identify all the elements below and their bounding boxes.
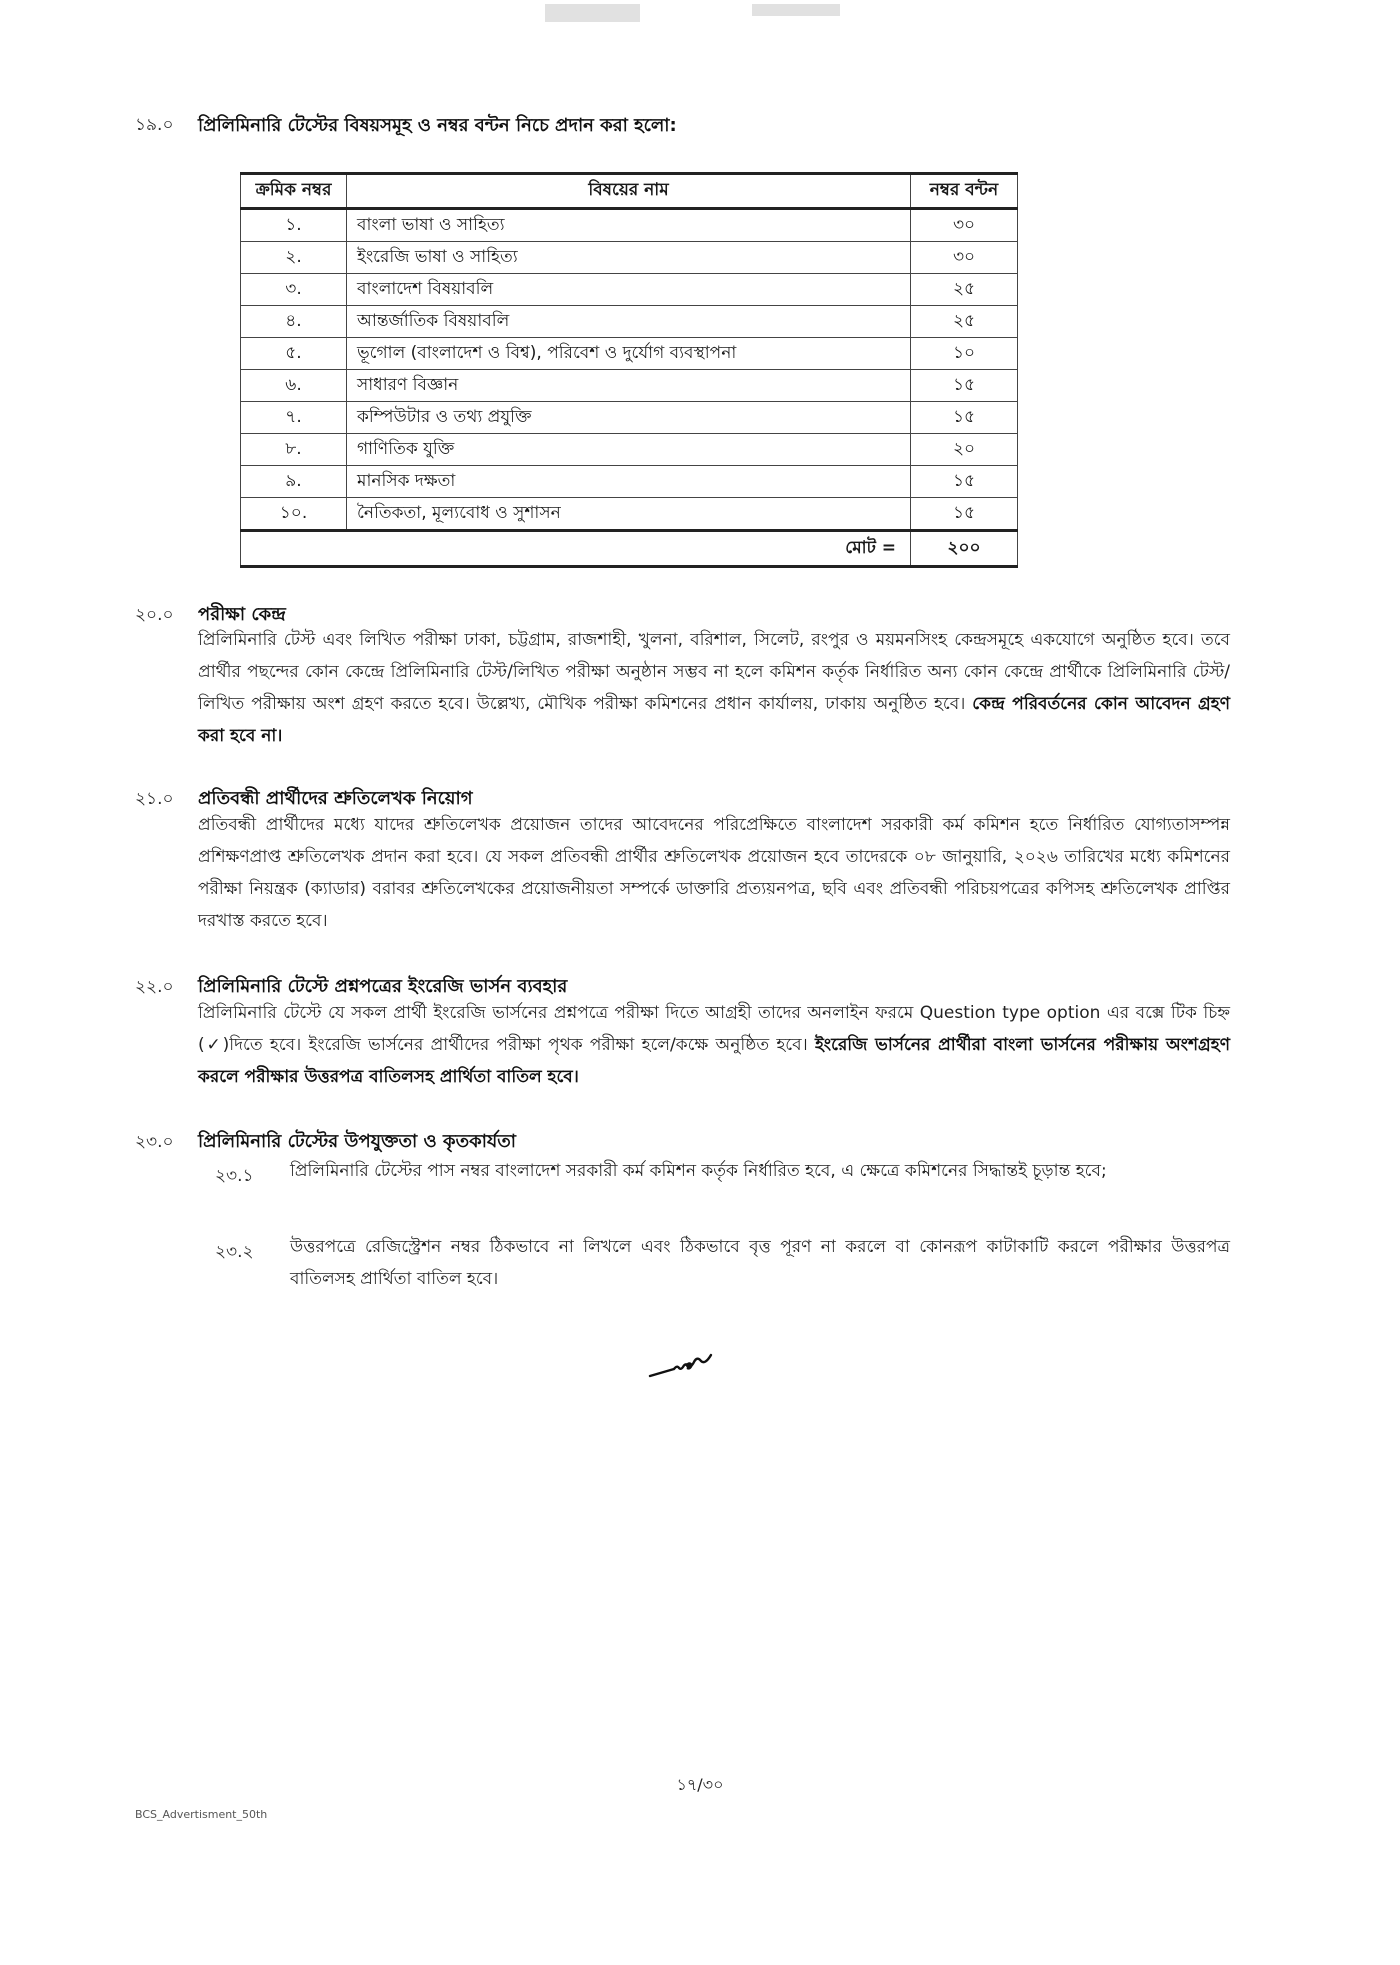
section-20-body: প্রিলিমিনারি টেস্ট এবং লিখিত পরীক্ষা ঢাক… xyxy=(198,624,1230,752)
table-row: ২.ইংরেজি ভাষা ও সাহিত্য৩০ xyxy=(241,242,1018,274)
subject-cell: নৈতিকতা, মূল্যবোধ ও সুশাসন xyxy=(347,498,911,531)
table-row: ৪.আন্তর্জাতিক বিষয়াবলি২৫ xyxy=(241,306,1018,338)
marks-cell: ২৫ xyxy=(911,274,1018,306)
subitem-23-1-text: প্রিলিমিনারি টেস্টের পাস নম্বর বাংলাদেশ … xyxy=(290,1155,1230,1187)
serial-cell: ১. xyxy=(241,209,347,242)
header-serial: ক্রমিক নম্বর xyxy=(241,174,347,209)
total-label: মোট = xyxy=(241,531,911,567)
serial-cell: ৬. xyxy=(241,370,347,402)
serial-cell: ৪. xyxy=(241,306,347,338)
section-23-title: প্রিলিমিনারি টেস্টের উপযুক্ততা ও কৃতকার্… xyxy=(198,1127,516,1158)
marks-cell: ১৫ xyxy=(911,402,1018,434)
marks-cell: ১৫ xyxy=(911,370,1018,402)
section-22-body: প্রিলিমিনারি টেস্টে যে সকল প্রার্থী ইংরে… xyxy=(198,997,1230,1093)
subject-cell: আন্তর্জাতিক বিষয়াবলি xyxy=(347,306,911,338)
serial-cell: ৯. xyxy=(241,466,347,498)
subject-cell: ভূগোল (বাংলাদেশ ও বিশ্ব), পরিবেশ ও দুর্য… xyxy=(347,338,911,370)
subitem-23-2-text: উত্তরপত্রে রেজিস্ট্রেশন নম্বর ঠিকভাবে না… xyxy=(290,1231,1230,1295)
table-row: ৬.সাধারণ বিজ্ঞান১৫ xyxy=(241,370,1018,402)
section-23-number: ২৩.০ xyxy=(135,1129,174,1157)
subject-cell: বাংলা ভাষা ও সাহিত্য xyxy=(347,209,911,242)
section-19-title: প্রিলিমিনারি টেস্টের বিষয়সমূহ ও নম্বর ব… xyxy=(198,111,677,142)
subitem-23-2-number: ২৩.২ xyxy=(215,1239,254,1267)
section-21-body: প্রতিবন্ধী প্রার্থীদের মধ্যে যাদের শ্রুত… xyxy=(198,809,1230,937)
serial-cell: ২. xyxy=(241,242,347,274)
table-row: ৫.ভূগোল (বাংলাদেশ ও বিশ্ব), পরিবেশ ও দুর… xyxy=(241,338,1018,370)
serial-cell: ৩. xyxy=(241,274,347,306)
section-20-number: ২০.০ xyxy=(135,602,174,630)
table-row: ৭.কম্পিউটার ও তথ্য প্রযুক্তি১৫ xyxy=(241,402,1018,434)
serial-cell: ৫. xyxy=(241,338,347,370)
table-total-row: মোট = ২০০ xyxy=(241,531,1018,567)
page-number: ১৭/৩০ xyxy=(0,1772,1400,1799)
footer-reference: BCS_Advertisment_50th xyxy=(135,1808,267,1821)
header-marks: নম্বর বন্টন xyxy=(911,174,1018,209)
serial-cell: ৭. xyxy=(241,402,347,434)
subject-cell: সাধারণ বিজ্ঞান xyxy=(347,370,911,402)
section-22-number: ২২.০ xyxy=(135,974,174,1002)
subject-cell: ইংরেজি ভাষা ও সাহিত্য xyxy=(347,242,911,274)
marks-cell: ৩০ xyxy=(911,209,1018,242)
subject-cell: কম্পিউটার ও তথ্য প্রযুক্তি xyxy=(347,402,911,434)
subject-cell: বাংলাদেশ বিষয়াবলি xyxy=(347,274,911,306)
section-21-number: ২১.০ xyxy=(135,786,174,814)
signature-icon xyxy=(648,1352,728,1382)
marks-distribution-table: ক্রমিক নম্বর বিষয়ের নাম নম্বর বন্টন ১.ব… xyxy=(240,172,1018,568)
table-header-row: ক্রমিক নম্বর বিষয়ের নাম নম্বর বন্টন xyxy=(241,174,1018,209)
subitem-23-1-number: ২৩.১ xyxy=(215,1163,254,1191)
serial-cell: ৮. xyxy=(241,434,347,466)
marks-cell: ১৫ xyxy=(911,498,1018,531)
serial-cell: ১০. xyxy=(241,498,347,531)
table-row: ১০.নৈতিকতা, মূল্যবোধ ও সুশাসন১৫ xyxy=(241,498,1018,531)
marks-cell: ৩০ xyxy=(911,242,1018,274)
header-subject: বিষয়ের নাম xyxy=(347,174,911,209)
table-row: ৮.গাণিতিক যুক্তি২০ xyxy=(241,434,1018,466)
scan-artifact xyxy=(752,4,840,16)
subject-cell: মানসিক দক্ষতা xyxy=(347,466,911,498)
marks-cell: ২০ xyxy=(911,434,1018,466)
total-value: ২০০ xyxy=(911,531,1018,567)
table-row: ১.বাংলা ভাষা ও সাহিত্য৩০ xyxy=(241,209,1018,242)
section-19-number: ১৯.০ xyxy=(135,112,174,140)
scan-artifact xyxy=(545,4,640,22)
table-row: ৯.মানসিক দক্ষতা১৫ xyxy=(241,466,1018,498)
table-row: ৩.বাংলাদেশ বিষয়াবলি২৫ xyxy=(241,274,1018,306)
subject-cell: গাণিতিক যুক্তি xyxy=(347,434,911,466)
marks-cell: ২৫ xyxy=(911,306,1018,338)
marks-cell: ১০ xyxy=(911,338,1018,370)
marks-cell: ১৫ xyxy=(911,466,1018,498)
